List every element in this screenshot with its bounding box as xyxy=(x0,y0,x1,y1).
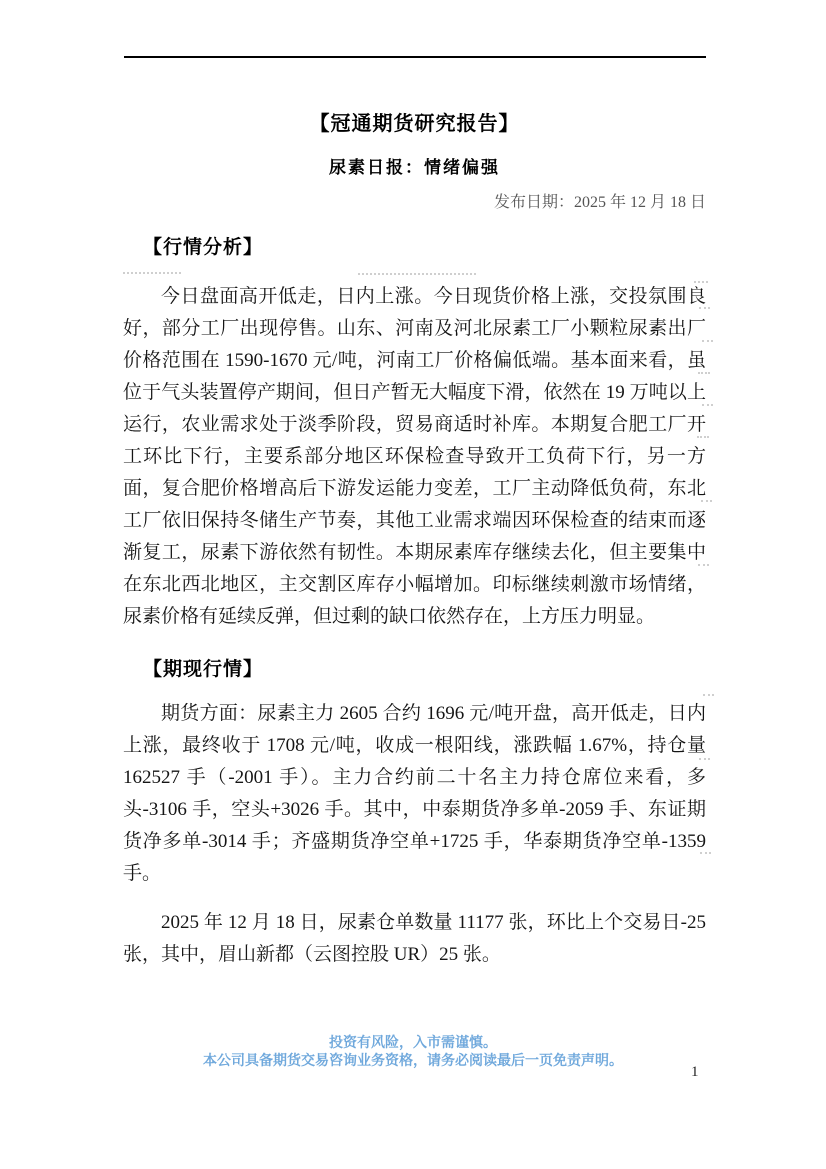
page-footer: 投资有风险，入市需谨慎。 本公司具备期货交易咨询业务资格，请务必阅读最后一页免责… xyxy=(0,1035,826,1071)
page-number: 1 xyxy=(691,1063,699,1081)
futures-summary-paragraph: 期货方面：尿素主力 2605 合约 1696 元/吨开盘，高开低走，日内上涨，最… xyxy=(123,698,706,890)
report-title: 【冠通期货研究报告】 xyxy=(123,112,706,136)
report-page: 【冠通期货研究报告】 尿素日报：情绪偏强 发布日期：2025 年 12 月 18… xyxy=(0,0,826,1169)
report-content: 【冠通期货研究报告】 尿素日报：情绪偏强 发布日期：2025 年 12 月 18… xyxy=(123,0,706,971)
publish-date: 发布日期：2025 年 12 月 18 日 xyxy=(123,193,706,213)
report-subtitle: 尿素日报：情绪偏强 xyxy=(123,158,706,178)
warehouse-receipt-paragraph: 2025 年 12 月 18 日，尿素仓单数量 11177 张，环比上个交易日-… xyxy=(123,907,706,971)
section-heading-futures-spot: 【期现行情】 xyxy=(123,659,706,681)
section-heading-market-analysis: 【行情分析】 xyxy=(123,237,706,259)
market-analysis-paragraph: 今日盘面高开低走，日内上涨。今日现货价格上涨，交投氛围良好，部分工厂出现停售。山… xyxy=(123,281,706,633)
disclaimer-text: 本公司具备期货交易咨询业务资格，请务必阅读最后一页免责声明。 xyxy=(0,1053,826,1071)
risk-warning-text: 投资有风险，入市需谨慎。 xyxy=(0,1035,826,1053)
